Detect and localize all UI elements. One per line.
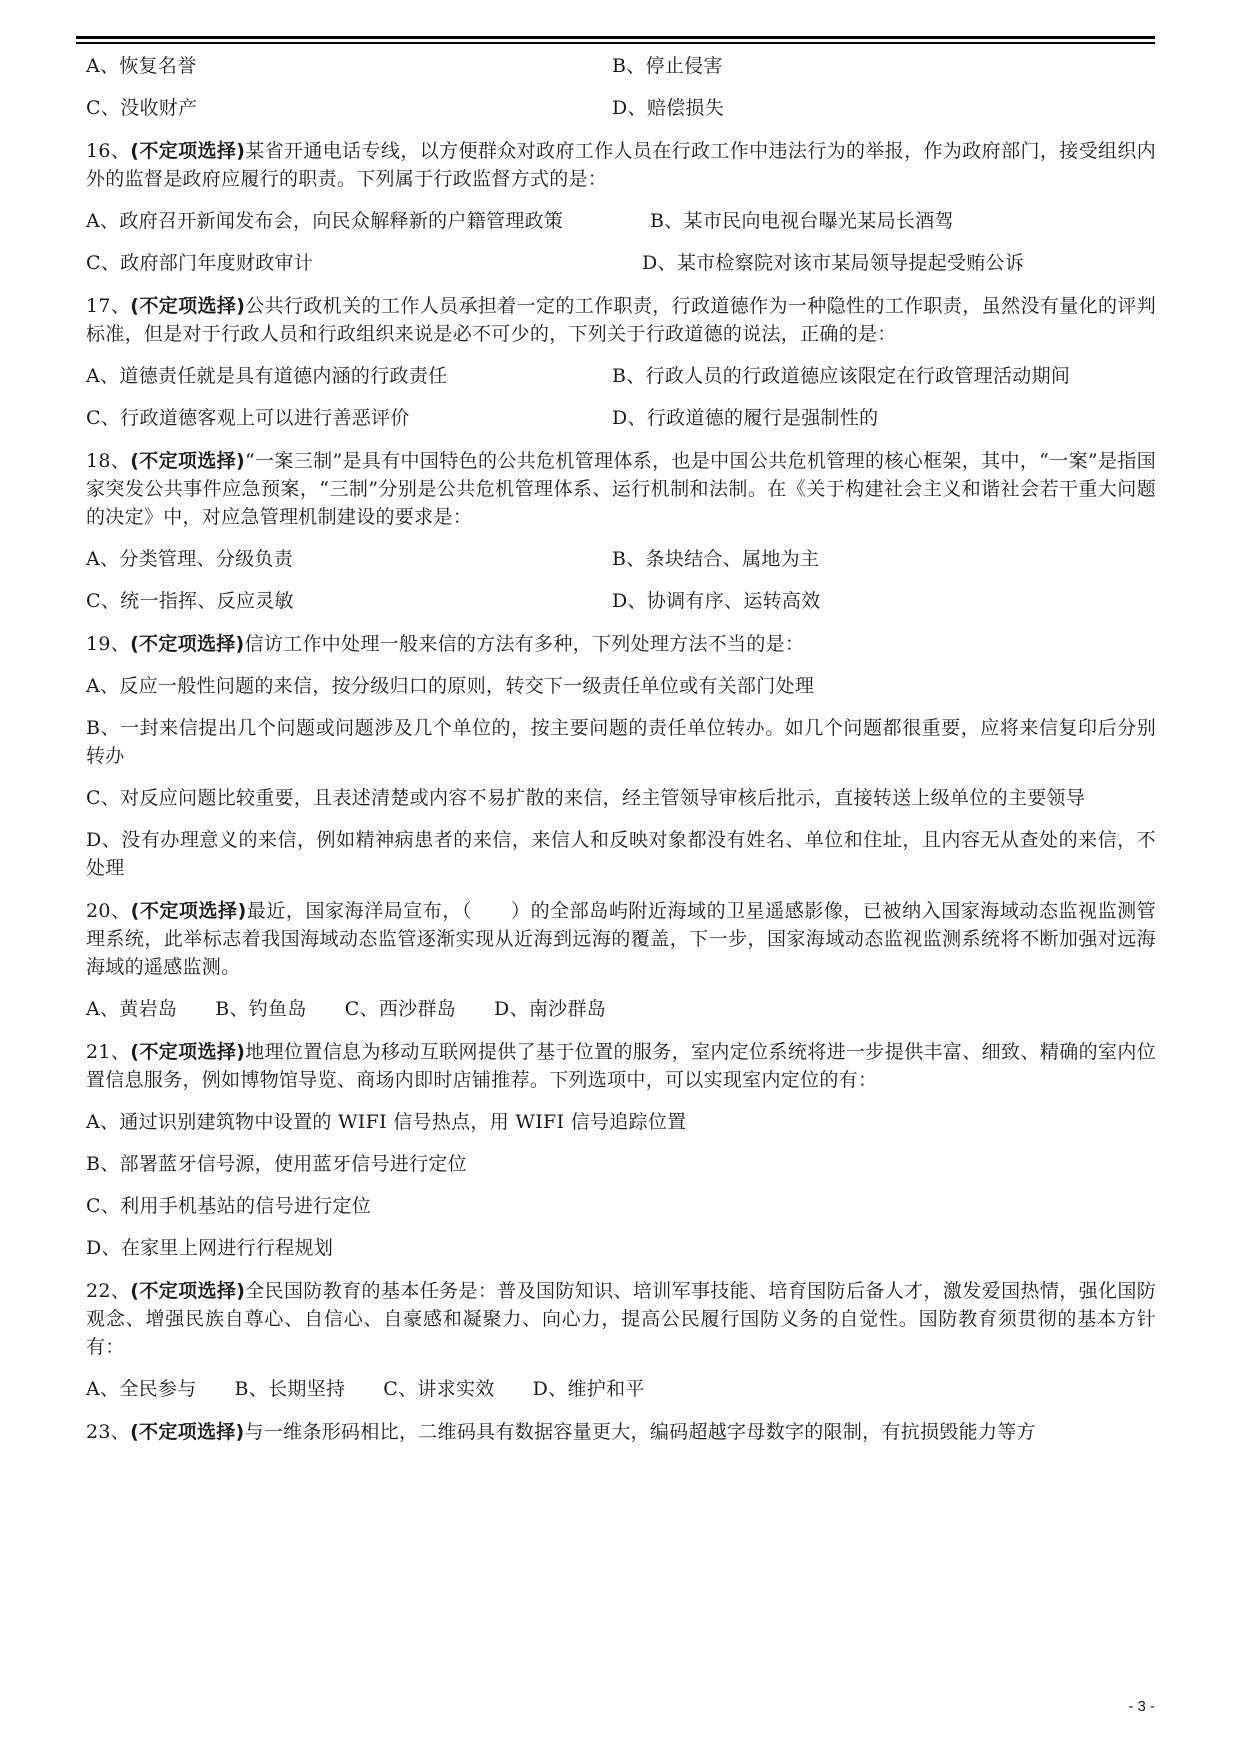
q16-options-row-1: A、政府召开新闻发布会，向民众解释新的户籍管理政策 B、某市民向电视台曝光某局长… (86, 207, 1156, 235)
question-type-tag: (不定项选择) (130, 140, 245, 162)
q19-option-a: A、反应一般性问题的来信，按分级归口的原则，转交下一级责任单位或有关部门处理 (86, 672, 1156, 700)
q19-option-c: C、对反应问题比较重要，且表述清楚或内容不易扩散的来信，经主管领导审核后批示，直… (86, 784, 1156, 812)
question-text: 地理位置信息为移动互联网提供了基于位置的服务，室内定位系统将进一步提供丰富、细致… (86, 1041, 1156, 1091)
q15-option-d: D、赔偿损失 (612, 94, 724, 122)
q17-options-row-2: C、行政道德客观上可以进行善恶评价 D、行政道德的履行是强制性的 (86, 404, 1156, 432)
q15-options-row-1: A、恢复名誉 B、停止侵害 (86, 52, 1156, 80)
q22-option-c: C、讲求实效 (383, 1375, 494, 1403)
question-text: “一案三制”是具有中国特色的公共危机管理体系，也是中国公共危机管理的核心框架，其… (86, 450, 1156, 528)
q21-option-a: A、通过识别建筑物中设置的 WIFI 信号热点，用 WIFI 信号追踪位置 (86, 1108, 1156, 1136)
document-page: A、恢复名誉 B、停止侵害 C、没收财产 D、赔偿损失 16、(不定项选择)某省… (86, 58, 1156, 1446)
question-text: 与一维条形码相比，二维码具有数据容量更大，编码超越字母数字的限制，有抗损毁能力等… (245, 1421, 1036, 1443)
q22-option-d: D、维护和平 (533, 1375, 645, 1403)
question-16: 16、(不定项选择)某省开通电话专线，以方便群众对政府工作人员在行政工作中违法行… (86, 137, 1156, 193)
question-type-tag: (不定项选择) (130, 1421, 244, 1443)
q16-option-a: A、政府召开新闻发布会，向民众解释新的户籍管理政策 (86, 207, 650, 235)
header-double-rule (76, 36, 1155, 44)
q18-option-c: C、统一指挥、反应灵敏 (86, 587, 612, 615)
question-type-tag: (不定项选择) (130, 1041, 245, 1063)
q16-option-c: C、政府部门年度财政审计 (86, 249, 650, 277)
question-21: 21、(不定项选择)地理位置信息为移动互联网提供了基于位置的服务，室内定位系统将… (86, 1038, 1156, 1094)
q17-option-c: C、行政道德客观上可以进行善恶评价 (86, 404, 612, 432)
q18-option-a: A、分类管理、分级负责 (86, 545, 612, 573)
q21-option-d: D、在家里上网进行行程规划 (86, 1234, 1156, 1262)
q21-option-b: B、部署蓝牙信号源，使用蓝牙信号进行定位 (86, 1150, 1156, 1178)
page-number: - 3 - (1128, 1698, 1155, 1715)
q18-option-d: D、协调有序、运转高效 (612, 587, 821, 615)
question-number: 16、 (86, 140, 130, 162)
question-text: 最近，国家海洋局宣布，（ ）的全部岛屿附近海域的卫星遥感影像，已被纳入国家海域动… (86, 900, 1156, 978)
q20-option-c: C、西沙群岛 (345, 995, 456, 1023)
question-17: 17、(不定项选择)公共行政机关的工作人员承担着一定的工作职责，行政道德作为一种… (86, 292, 1156, 348)
q20-option-b: B、钓鱼岛 (215, 995, 306, 1023)
question-number: 19、 (86, 633, 130, 655)
q22-option-b: B、长期坚持 (235, 1375, 346, 1403)
q15-option-a: A、恢复名誉 (86, 52, 612, 80)
question-type-tag: (不定项选择) (130, 1280, 245, 1302)
q18-options-row-1: A、分类管理、分级负责 B、条块结合、属地为主 (86, 545, 1156, 573)
q18-option-b: B、条块结合、属地为主 (612, 545, 819, 573)
q17-option-b: B、行政人员的行政道德应该限定在行政管理活动期间 (612, 362, 1070, 390)
question-type-tag: (不定项选择) (131, 900, 247, 922)
q19-option-b: B、一封来信提出几个问题或问题涉及几个单位的，按主要问题的责任单位转办。如几个问… (86, 714, 1156, 770)
q15-options-row-2: C、没收财产 D、赔偿损失 (86, 94, 1156, 122)
q21-option-c: C、利用手机基站的信号进行定位 (86, 1192, 1156, 1220)
q16-option-b: B、某市民向电视台曝光某局长酒驾 (650, 207, 954, 235)
question-type-tag: (不定项选择) (130, 295, 245, 317)
question-number: 21、 (86, 1041, 130, 1063)
question-20: 20、(不定项选择)最近，国家海洋局宣布，（ ）的全部岛屿附近海域的卫星遥感影像… (86, 897, 1156, 981)
q22-option-a: A、全民参与 (86, 1375, 197, 1403)
question-19: 19、(不定项选择)信访工作中处理一般来信的方法有多种，下列处理方法不当的是： (86, 630, 1156, 658)
q16-option-d: D、某市检察院对该市某局领导提起受贿公诉 (642, 249, 1024, 277)
question-text: 某省开通电话专线，以方便群众对政府工作人员在行政工作中违法行为的举报，作为政府部… (86, 140, 1156, 190)
question-number: 17、 (86, 295, 130, 317)
q20-option-a: A、黄岩岛 (86, 995, 177, 1023)
question-text: 信访工作中处理一般来信的方法有多种，下列处理方法不当的是： (245, 633, 805, 655)
question-number: 18、 (86, 450, 130, 472)
q17-option-d: D、行政道德的履行是强制性的 (612, 404, 878, 432)
question-type-tag: (不定项选择) (130, 633, 244, 655)
q15-option-c: C、没收财产 (86, 94, 612, 122)
q22-options: A、全民参与B、长期坚持C、讲求实效D、维护和平 (86, 1375, 1156, 1403)
question-type-tag: (不定项选择) (130, 450, 245, 472)
q17-options-row-1: A、道德责任就是具有道德内涵的行政责任 B、行政人员的行政道德应该限定在行政管理… (86, 362, 1156, 390)
q20-options: A、黄岩岛B、钓鱼岛C、西沙群岛D、南沙群岛 (86, 995, 1156, 1023)
question-text: 公共行政机关的工作人员承担着一定的工作职责，行政道德作为一种隐性的工作职责，虽然… (86, 295, 1156, 345)
question-number: 23、 (86, 1421, 130, 1443)
q16-options-row-2: C、政府部门年度财政审计 D、某市检察院对该市某局领导提起受贿公诉 (86, 249, 1156, 277)
question-23: 23、(不定项选择)与一维条形码相比，二维码具有数据容量更大，编码超越字母数字的… (86, 1418, 1156, 1446)
q19-option-d: D、没有办理意义的来信，例如精神病患者的来信，来信人和反映对象都没有姓名、单位和… (86, 826, 1156, 882)
q15-option-b: B、停止侵害 (612, 52, 723, 80)
question-number: 20、 (86, 900, 131, 922)
question-text: 全民国防教育的基本任务是：普及国防知识、培训军事技能、培育国防后备人才，激发爱国… (86, 1280, 1156, 1358)
question-number: 22、 (86, 1280, 130, 1302)
q18-options-row-2: C、统一指挥、反应灵敏 D、协调有序、运转高效 (86, 587, 1156, 615)
q20-option-d: D、南沙群岛 (494, 995, 606, 1023)
question-22: 22、(不定项选择)全民国防教育的基本任务是：普及国防知识、培训军事技能、培育国… (86, 1277, 1156, 1361)
q17-option-a: A、道德责任就是具有道德内涵的行政责任 (86, 362, 612, 390)
question-18: 18、(不定项选择)“一案三制”是具有中国特色的公共危机管理体系，也是中国公共危… (86, 447, 1156, 531)
